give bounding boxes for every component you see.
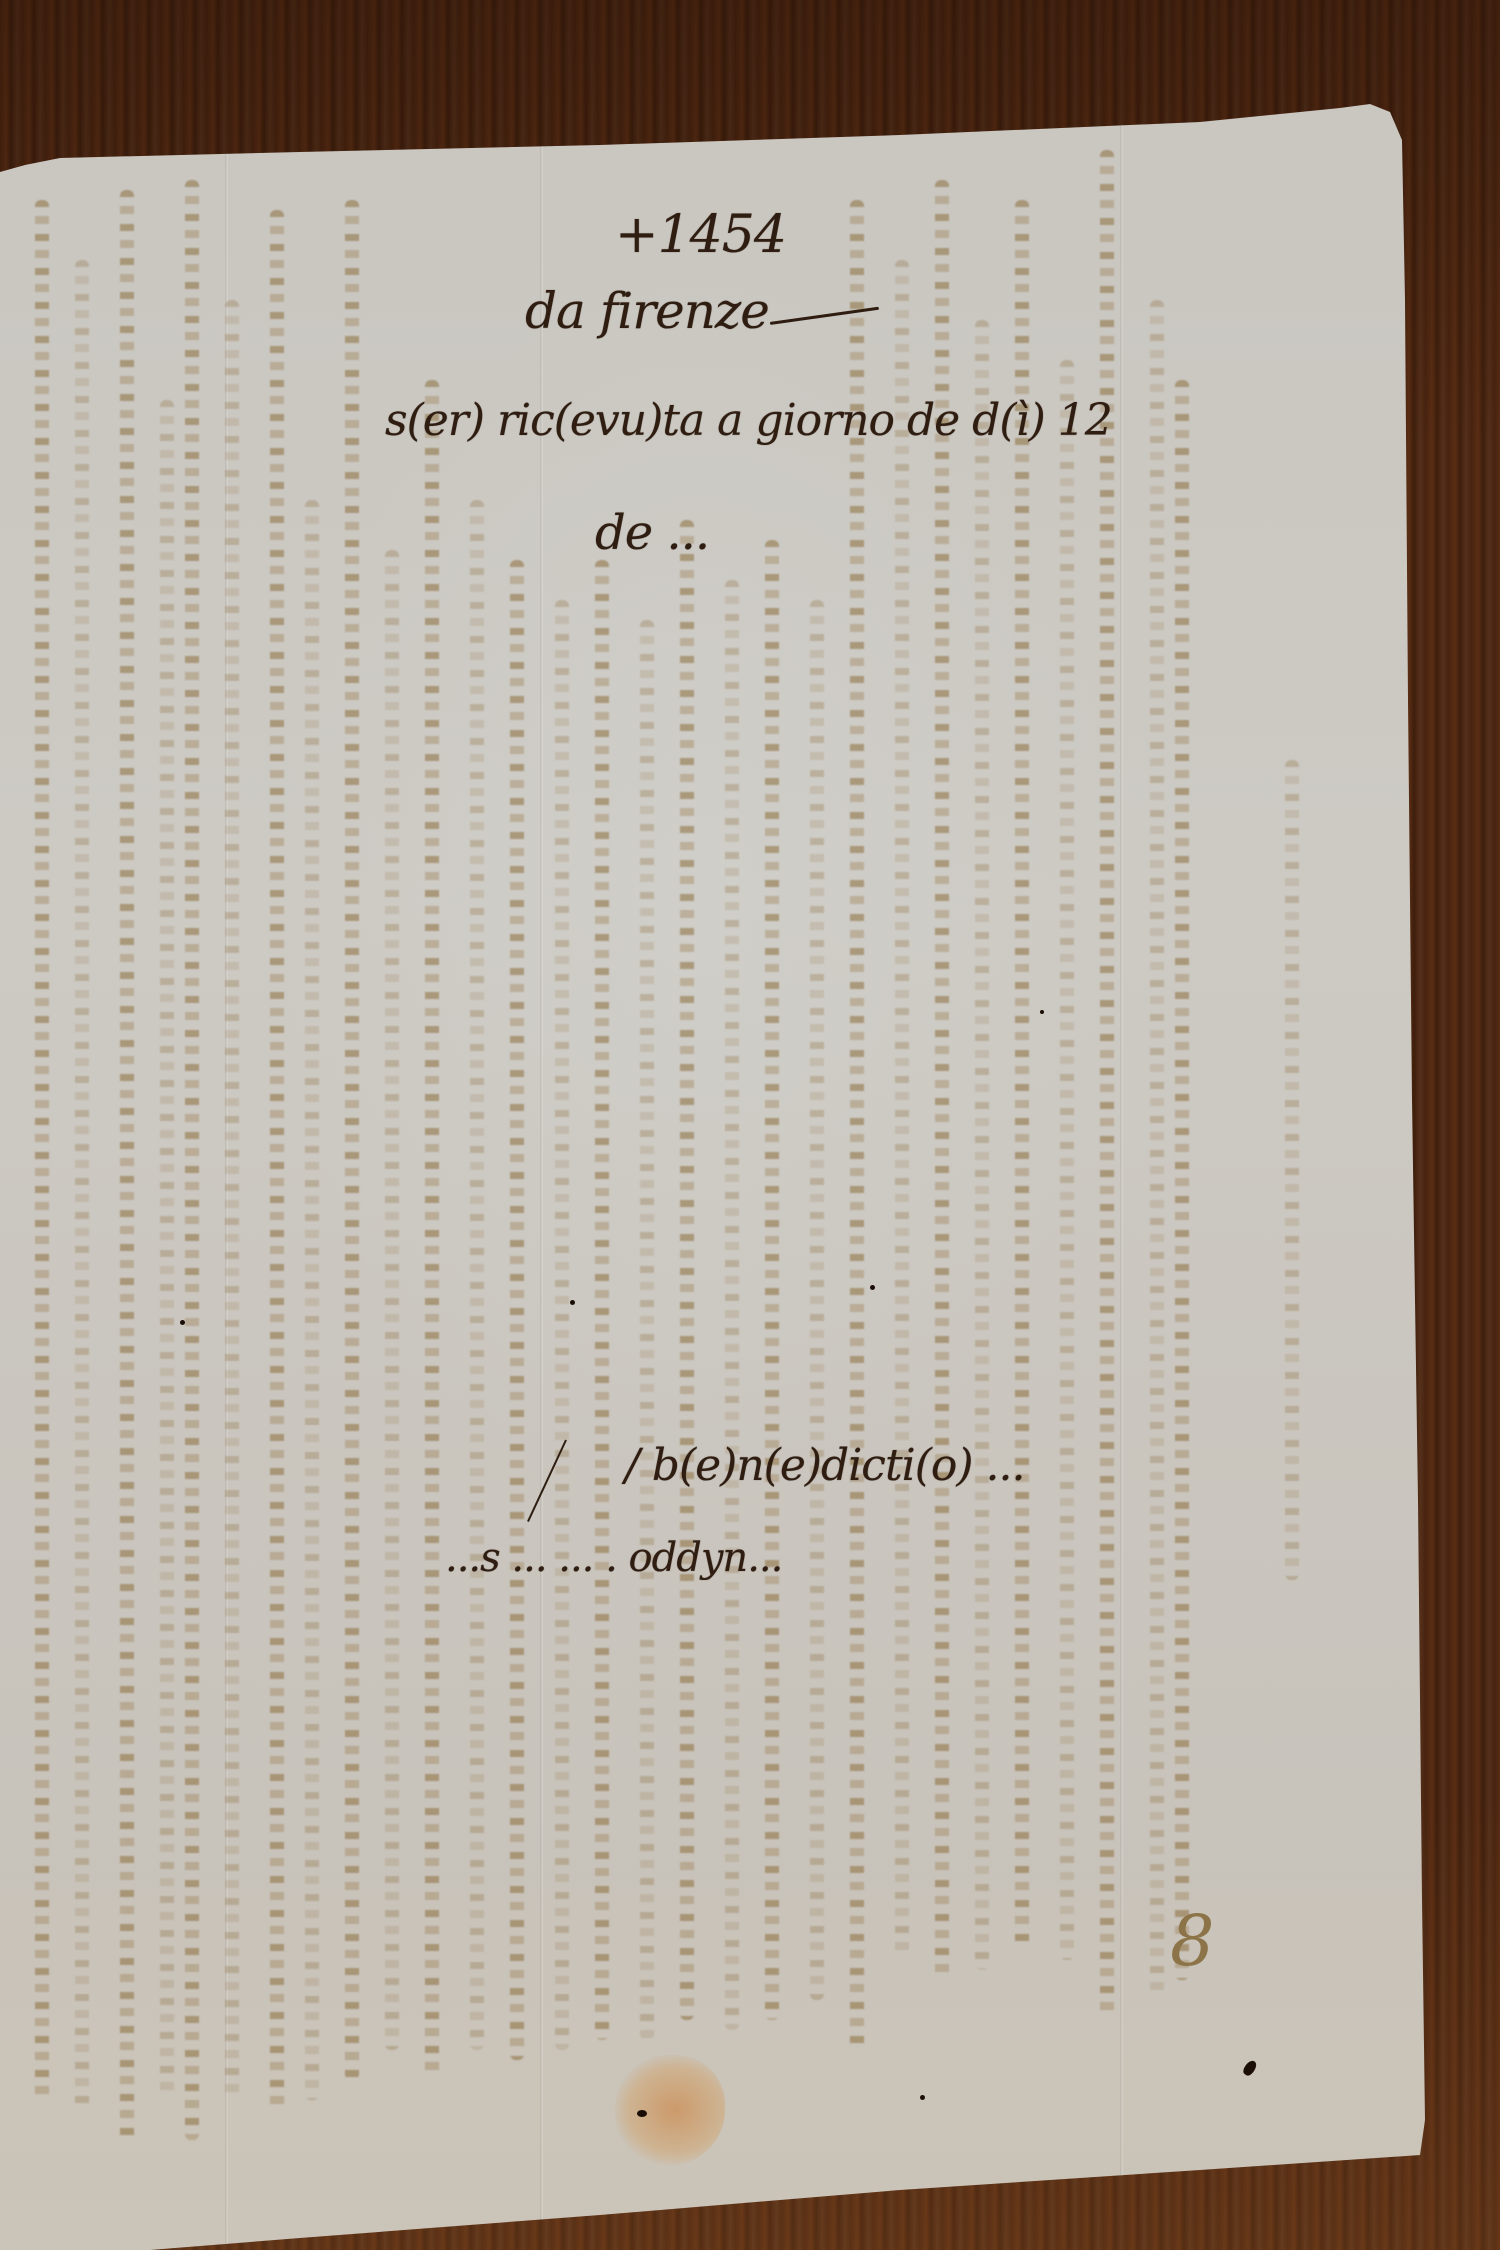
bleed-through-line [160, 400, 174, 2100]
bleed-through-line [305, 500, 319, 2100]
manuscript-paper: +1454 da firenze s(er) ric(evu)ta a gior… [0, 0, 1500, 2250]
bleed-through-line [120, 190, 134, 2140]
bleed-through-line [1150, 300, 1164, 2000]
paper-hole [637, 2110, 647, 2117]
ink-dot [870, 1285, 875, 1290]
bleed-through-line [385, 550, 399, 2050]
bleed-through-line [555, 600, 569, 2050]
bleed-through-line [895, 260, 909, 1960]
ink-dot [570, 1300, 575, 1305]
stain-spot [615, 2055, 725, 2165]
fold-line [1120, 0, 1123, 2250]
bleed-through-line [470, 500, 484, 2050]
signature-line-1: / b(e)n(e)dicti(o) ... [625, 1440, 1024, 1491]
bleed-through-line [1175, 380, 1189, 1980]
annotation-origin: da firenze [525, 282, 769, 340]
annotation-year: +1454 [615, 205, 786, 265]
bleed-through-line [1015, 200, 1029, 1950]
bleed-through-line [345, 200, 359, 2080]
right-margin-bleed-line [1285, 760, 1299, 1580]
bleed-through-line [725, 580, 739, 2030]
bleed-through-line [425, 380, 439, 2080]
signature-line-2: ...s ... ... . oddyn... [445, 1535, 782, 1581]
bleed-through-line [225, 300, 239, 2100]
bleed-through-line [850, 200, 864, 2050]
bleed-through-line [975, 320, 989, 1970]
bleed-through-line [810, 600, 824, 2000]
bleed-through-line [35, 200, 49, 2100]
bleed-through-line [75, 260, 89, 2110]
bleed-through-line [185, 180, 199, 2140]
annotation-received-date: s(er) ric(evu)ta a giorno de d(ì) 12 [385, 395, 1112, 446]
bleed-through-line [595, 560, 609, 2040]
ink-dot [1040, 1010, 1044, 1014]
bleed-through-line [765, 540, 779, 2020]
bleed-through-line [640, 620, 654, 2040]
ink-mark [1241, 2059, 1258, 2078]
bleed-through-line [510, 560, 524, 2060]
ink-dot [920, 2095, 925, 2100]
corner-mark: 8 [1170, 1900, 1214, 1982]
bleed-through-line [270, 210, 284, 2110]
bleed-through-line [935, 180, 949, 1980]
annotation-line4: de ... [595, 505, 709, 561]
ink-dot [180, 1320, 185, 1325]
bleed-through-line [680, 520, 694, 2020]
bleed-through-line [1060, 360, 1074, 1960]
